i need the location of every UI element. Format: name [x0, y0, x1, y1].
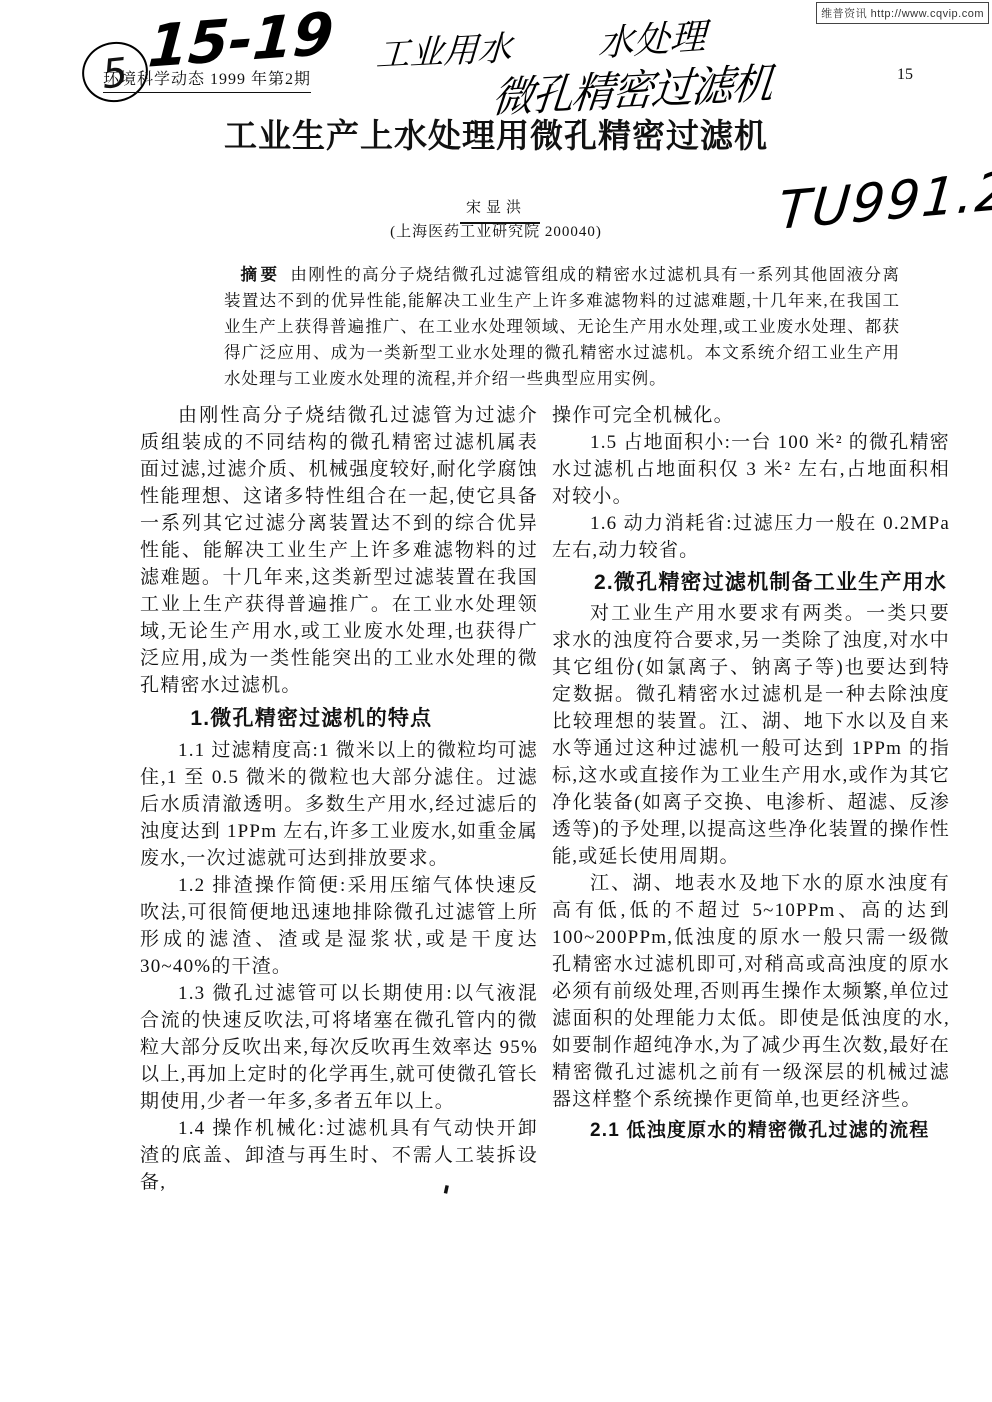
article-title: 工业生产上水处理用微孔精密过滤机 [0, 110, 992, 157]
body-paragraph: 1.2 排渣操作简便:采用压缩气体快速反吹法,可很简便地迅速地排除微孔过滤管上所… [140, 872, 538, 980]
body-paragraph-continuation: 操作可完全机械化。 [552, 402, 950, 429]
body-paragraph: 1.4 操作机械化:过滤机具有气动快开卸渣的底盖、卸渣与再生时、不需人工装拆设备… [140, 1115, 538, 1196]
affiliation-suffix: 200040) [540, 224, 602, 240]
right-column: 操作可完全机械化。 1.5 占地面积小:一台 100 米² 的微孔精密水过滤机占… [552, 402, 950, 1144]
abstract-block: 摘要由刚性的高分子烧结微孔过滤管组成的精密水过滤机具有一系列其他固液分离装置达不… [224, 262, 900, 392]
body-paragraph: 对工业生产用水要求有两类。一类只要求水的浊度符合要求,另一类除了浊度,对水中其它… [552, 600, 950, 870]
body-paragraph: 1.5 占地面积小:一台 100 米² 的微孔精密水过滤机占地面积仅 3 米² … [552, 429, 950, 510]
cqvip-watermark: 维普资讯 http://www.cqvip.com [816, 2, 989, 24]
journal-header: 环境科学动态 1999 年第2期 [103, 66, 311, 93]
body-paragraph: 由刚性高分子烧结微孔过滤管为过滤介质组装成的不同结构的微孔精密过滤机属表面过滤,… [140, 402, 538, 699]
affiliation: (上海医药工业研究院 200040) [0, 220, 992, 241]
affiliation-prefix: (上海医药 [390, 224, 460, 240]
handwritten-keyword-industrial-water: 工业用水 [375, 20, 513, 76]
scanned-paper-page: 维普资讯 http://www.cqvip.com 5 15-19 工业用水 水… [0, 0, 992, 1402]
body-paragraph: 1.6 动力消耗省:过滤压力一般在 0.2MPa 左右,动力较省。 [552, 510, 950, 564]
section-heading-2: 2.微孔精密过滤机制备工业生产用水 [552, 568, 950, 597]
affiliation-overlined: 工业研究院 [460, 222, 540, 240]
left-column: 由刚性高分子烧结微孔过滤管为过滤介质组装成的不同结构的微孔精密过滤机属表面过滤,… [140, 402, 538, 1196]
author-name: 宋显洪 [0, 196, 992, 217]
abstract-text: 由刚性的高分子烧结微孔过滤管组成的精密水过滤机具有一系列其他固液分离装置达不到的… [224, 265, 900, 388]
body-paragraph: 江、湖、地表水及地下水的原水浊度有高有低,低的不超过 5~10PPm、高的达到 … [552, 870, 950, 1113]
abstract-label: 摘要 [241, 265, 281, 284]
subsection-heading-2-1: 2.1 低浊度原水的精密微孔过滤的流程 [552, 1117, 950, 1144]
section-heading-1: 1.微孔精密过滤机的特点 [140, 705, 538, 732]
page-number: 15 [897, 66, 913, 84]
body-paragraph: 1.3 微孔过滤管可以长期使用:以气液混合流的快速反吹法,可将堵塞在微孔管内的微… [140, 980, 538, 1115]
body-paragraph: 1.1 过滤精度高:1 微米以上的微粒均可滤住,1 至 0.5 微米的微粒也大部… [140, 737, 538, 872]
